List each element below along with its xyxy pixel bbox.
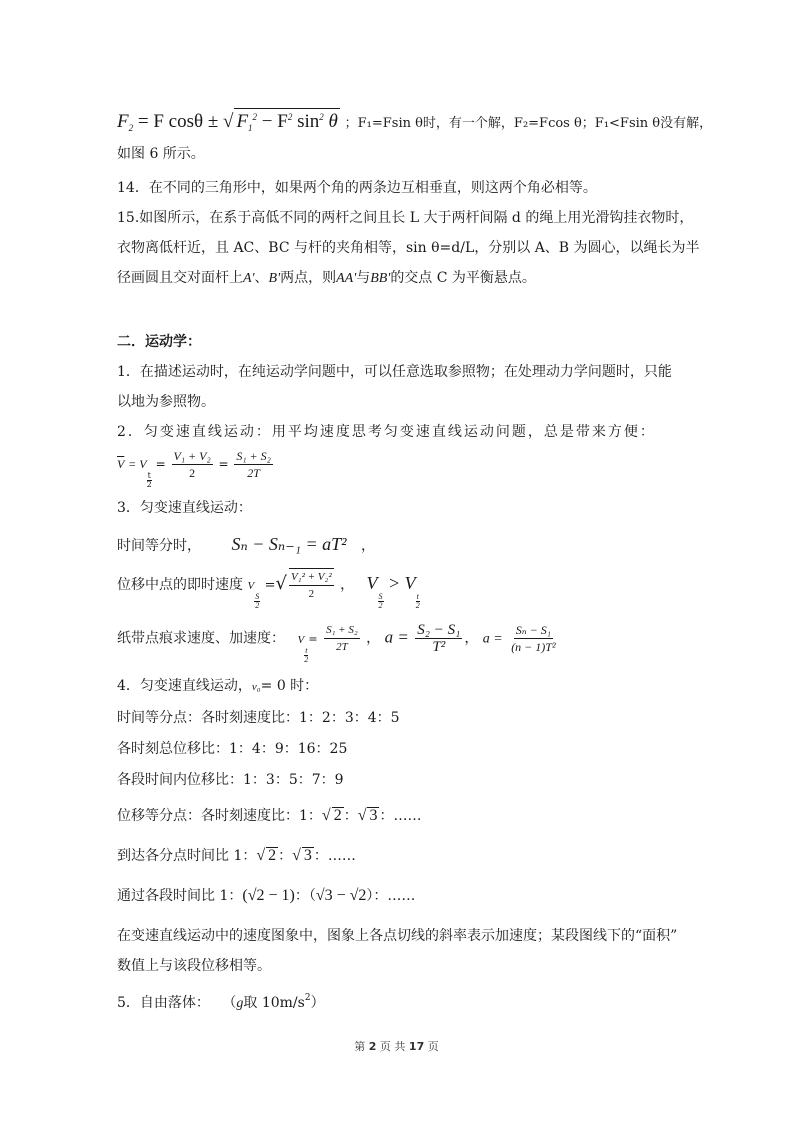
item-2-line1: 2．匀变速直线运动：用平均速度思考匀变速直线运动问题，总是带来方便： [117,422,656,442]
graph-note-line1: 在变速直线运动中的速度图象中，图象上各点切线的斜率表示加速度；某段图线下的“面积… [117,926,677,946]
item-1-line1: 1．在描述运动时，在纯运动学问题中，可以任意选取参照物；在处理动力学问题时，只能 [117,362,672,382]
item-14: 14．在不同的三角形中，如果两个角的两条边互相垂直，则这两个角必相等。 [117,178,597,198]
item-3-midpoint-velocity: 位移中点的即时速度 VS2 =√V₁² + V₂²2 ， VS2 > Vt2 [117,568,420,610]
item-15-line1: 15.如图所示，在系于高低不同的两杆之间且长 L 大于两杆间隔 d 的绳上用光滑… [117,208,693,228]
item-4-segment-time-ratio: 通过各段时间比 1：(√2 − 1)：（√3 − √2）：…… [117,886,415,906]
item-15-line2: 衣物离低杆近，且 AC、BC 与杆的夹角相等，sin θ=d/L，分别以 A、B… [117,238,700,258]
item-4-segment-displacement-ratio: 各段时间内位移比：1：3：5：7：9 [117,770,344,790]
item-3-tape-method: 纸带点痕求速度、加速度： Vt2= S₁ + S₂2T ， a = S₂ − S… [117,622,560,664]
formula-f2-line: F2 = F cosθ ± √F12 − F2 sin2 θ ；F₁=Fsin … [117,108,712,138]
formula-f2: F2 = F cosθ ± √F12 − F2 sin2 θ [117,111,345,132]
page-footer: 第 2 页 共 17 页 [0,1038,793,1054]
item-4-total-displacement-ratio: 各时刻总位移比：1：4：9：16：25 [117,739,347,759]
item-1-line2: 以地为参照物。 [117,392,215,412]
f2-description: ；F₁=Fsin θ时，有一个解，F₂=Fcos θ；F₁<Fsin θ没有解， [345,116,713,131]
current-page-number: 2 [369,1040,377,1053]
graph-note-line2: 数值上与该段位移相等。 [117,956,271,976]
sqrt-icon: √ [276,573,287,594]
item-5: 5．自由落体： （g取 10m/s2） [117,988,325,1014]
item-4-displacement-speed-ratio: 位移等分点：各时刻速度比：1：√2：√3：…… [117,806,421,826]
document-page: F2 = F cosθ ± √F12 − F2 sin2 θ ；F₁=Fsin … [0,0,793,1122]
item-4-time-speed-ratio: 时间等分点：各时刻速度比：1：2：3：4：5 [117,708,400,728]
total-page-count: 17 [409,1040,424,1053]
item-4-arrival-time-ratio: 到达各分点时间比 1：√2：√3：…… [117,846,356,866]
item-15-line3: 径画圆且交对面杆上A'、B'两点，则AA'与BB'的交点 C 为平衡悬点。 [117,268,536,289]
item-3-time-division: 时间等分时， Sₙ − Sₙ₋₁ = aT² ， [117,534,375,556]
item-3: 3．匀变速直线运动： [117,498,252,518]
section-heading-kinematics: 二．运动学： [117,332,201,352]
f2-description-line2: 如图 6 所示。 [117,144,205,164]
item-4-header: 4．匀变速直线运动，v₀= 0 时： [117,676,318,697]
item-2-formula: V = Vt2 = V₁ + V₂2 = S₁ + S₂2T [117,448,275,489]
sqrt-icon: √ [223,111,233,132]
